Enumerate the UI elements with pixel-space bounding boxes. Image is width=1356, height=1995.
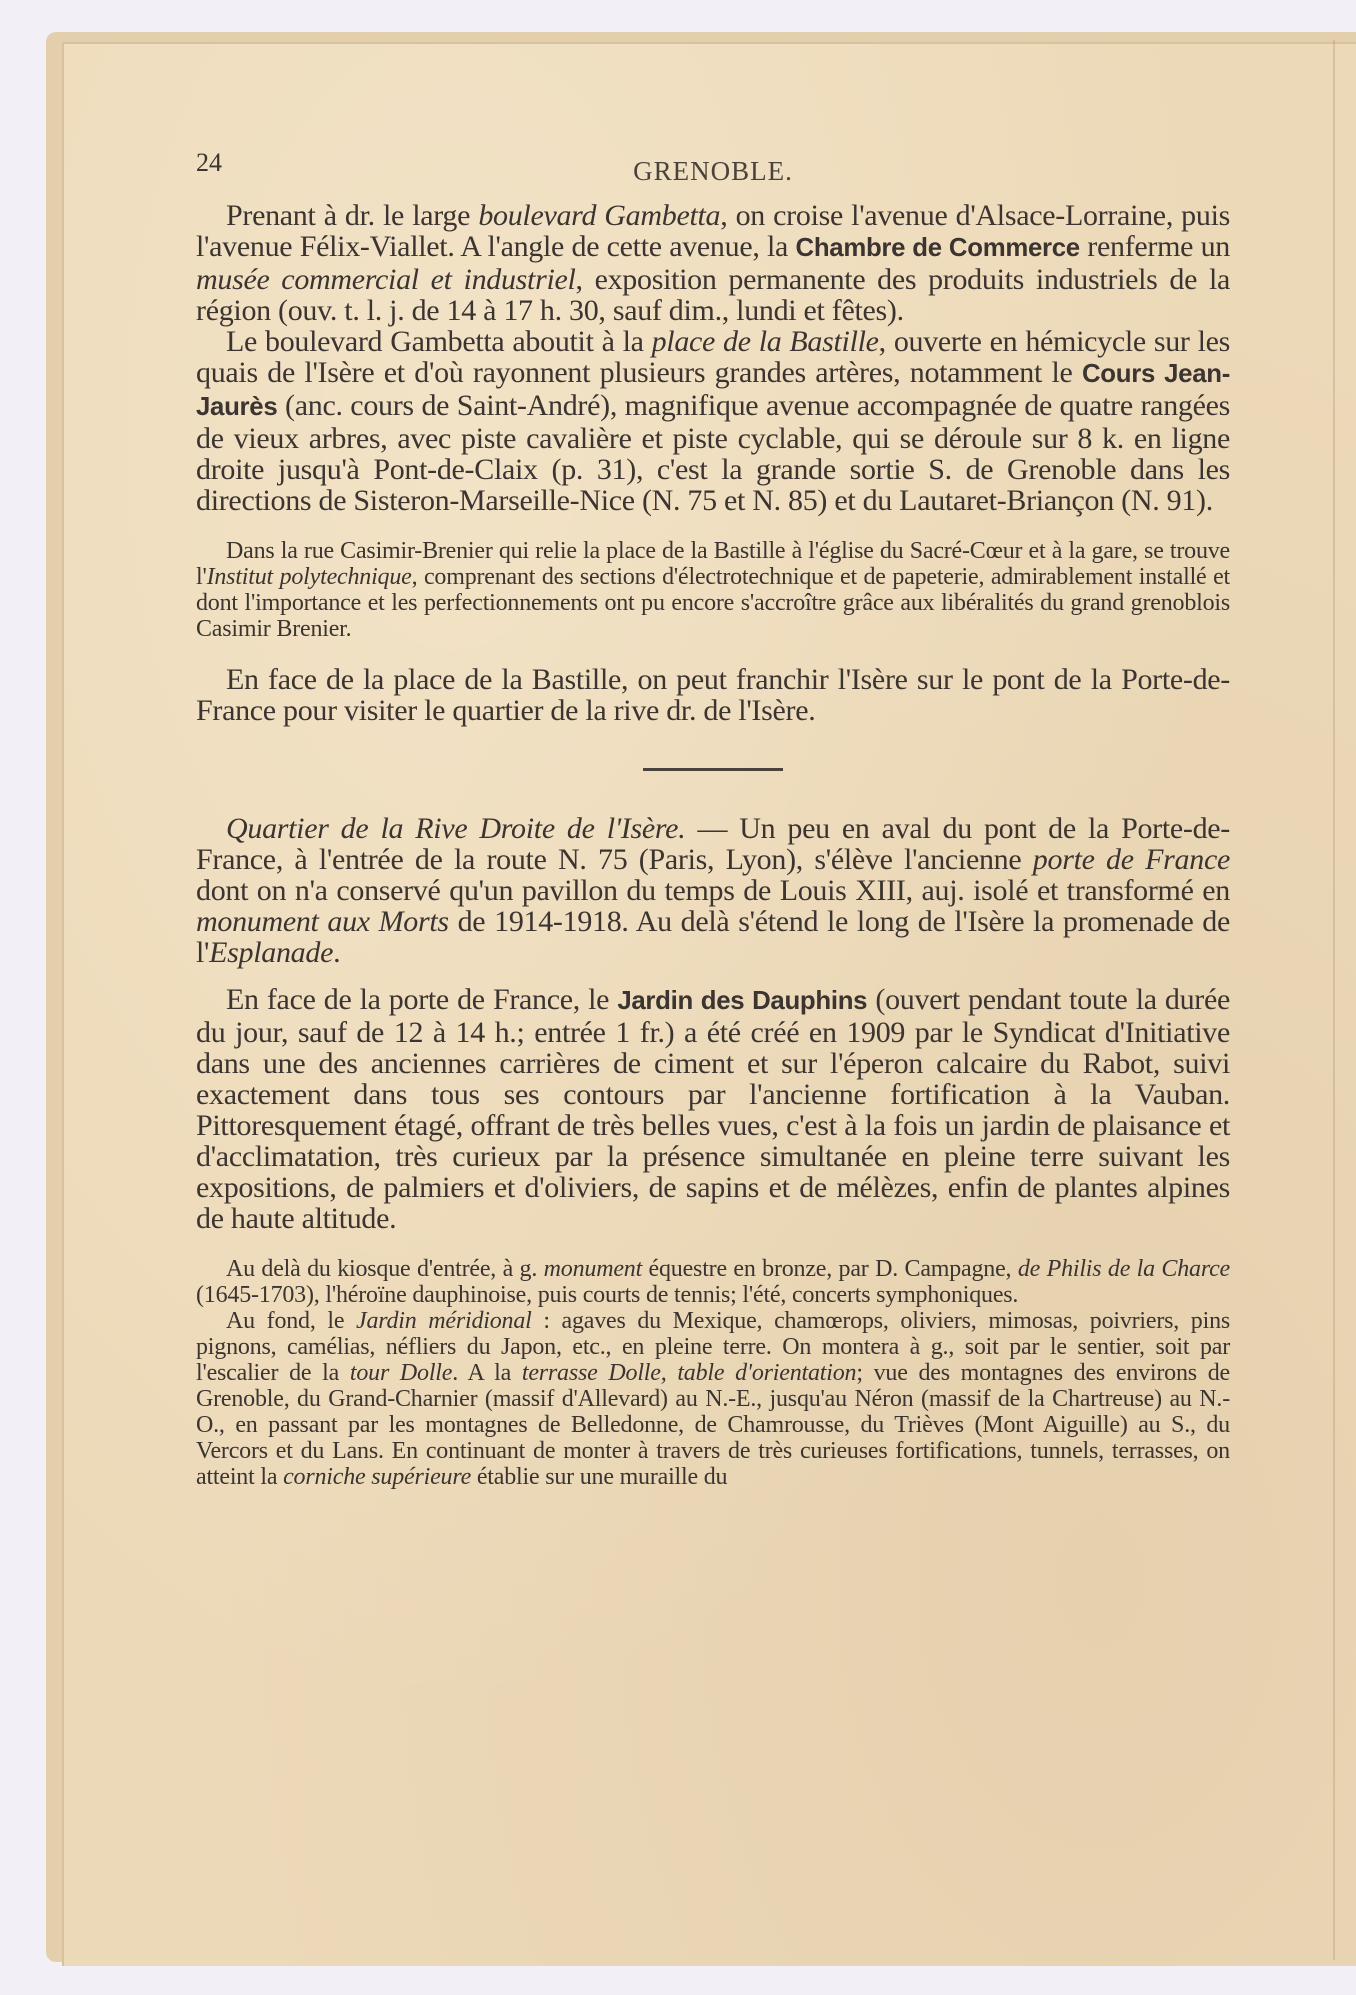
text: dont on n'a conservé qu'un pavillon du t… — [196, 874, 1230, 907]
text: (anc. cours de Saint-André), magnifique … — [196, 389, 1230, 517]
paragraph-place-bastille: Le boulevard Gambetta aboutit à la place… — [196, 326, 1230, 516]
page-content: 24 GRENOBLE. Prenant à dr. le large boul… — [196, 140, 1230, 1490]
italic-text: monument — [544, 1256, 642, 1282]
italic-text: terrasse Dolle, table d'orientation — [522, 1360, 856, 1386]
text: renferme un — [1080, 230, 1230, 263]
paragraph-boulevard-gambetta: Prenant à dr. le large boulevard Gambett… — [196, 200, 1230, 326]
text: . A la — [452, 1360, 522, 1386]
text: établie sur une muraille du — [471, 1464, 727, 1490]
text: . — [333, 936, 340, 969]
section-divider — [643, 768, 783, 771]
italic-text: monument aux Morts — [196, 905, 449, 938]
text: équestre en bronze, par D. Campagne, — [642, 1256, 1018, 1282]
bold-heading-text: Jardin des Dauphins — [617, 987, 867, 1015]
text: Au fond, le — [226, 1308, 356, 1334]
italic-text: place de la Bastille — [652, 325, 879, 358]
text: (ouvert pendant toute la durée du jour, … — [196, 983, 1230, 1235]
italic-text: tour Dolle — [350, 1360, 452, 1386]
text: En face de la porte de France, le — [226, 983, 617, 1016]
page-fold-line — [1333, 40, 1335, 1960]
text: Prenant à dr. le large — [226, 199, 478, 232]
text: (1645-1703), l'héroïne dauphinoise, puis… — [196, 1282, 1018, 1308]
italic-text: musée commercial et industriel — [196, 263, 576, 296]
italic-text: boulevard Gambetta — [478, 199, 720, 232]
italic-text: Jardin méridional — [356, 1308, 532, 1334]
paragraph-porte-de-france-bridge: En face de la place de la Bastille, on p… — [196, 664, 1230, 726]
text: Au delà du kiosque d'entrée, à g. — [226, 1256, 544, 1282]
text: En face de la place de la Bastille, on p… — [196, 663, 1230, 727]
italic-text: de Philis de la Charce — [1018, 1256, 1230, 1282]
paragraph-jardin-des-dauphins: En face de la porte de France, le Jardin… — [196, 984, 1230, 1234]
italic-text: Institut polytechnique — [207, 564, 412, 590]
paragraph-institut-polytechnique: Dans la rue Casimir-Brenier qui relie la… — [196, 538, 1230, 642]
bold-heading-text: Chambre de Commerce — [795, 234, 1079, 262]
italic-text: Esplanade — [209, 936, 333, 969]
italic-text: porte de France — [1033, 843, 1230, 876]
running-title: GRENOBLE. — [196, 156, 1230, 187]
paragraph-jardin-meridional: Au fond, le Jardin méridional : agaves d… — [196, 1308, 1230, 1490]
section-heading-italic: Quartier de la Rive Droite de l'Isère. — [226, 812, 685, 845]
running-head: 24 GRENOBLE. — [196, 140, 1230, 200]
text: Le boulevard Gambetta aboutit à la — [226, 325, 652, 358]
italic-text: corniche supérieure — [283, 1464, 471, 1490]
paragraph-rive-droite: Quartier de la Rive Droite de l'Isère. —… — [196, 813, 1230, 968]
paragraph-kiosque-entree: Au delà du kiosque d'entrée, à g. monume… — [196, 1256, 1230, 1308]
